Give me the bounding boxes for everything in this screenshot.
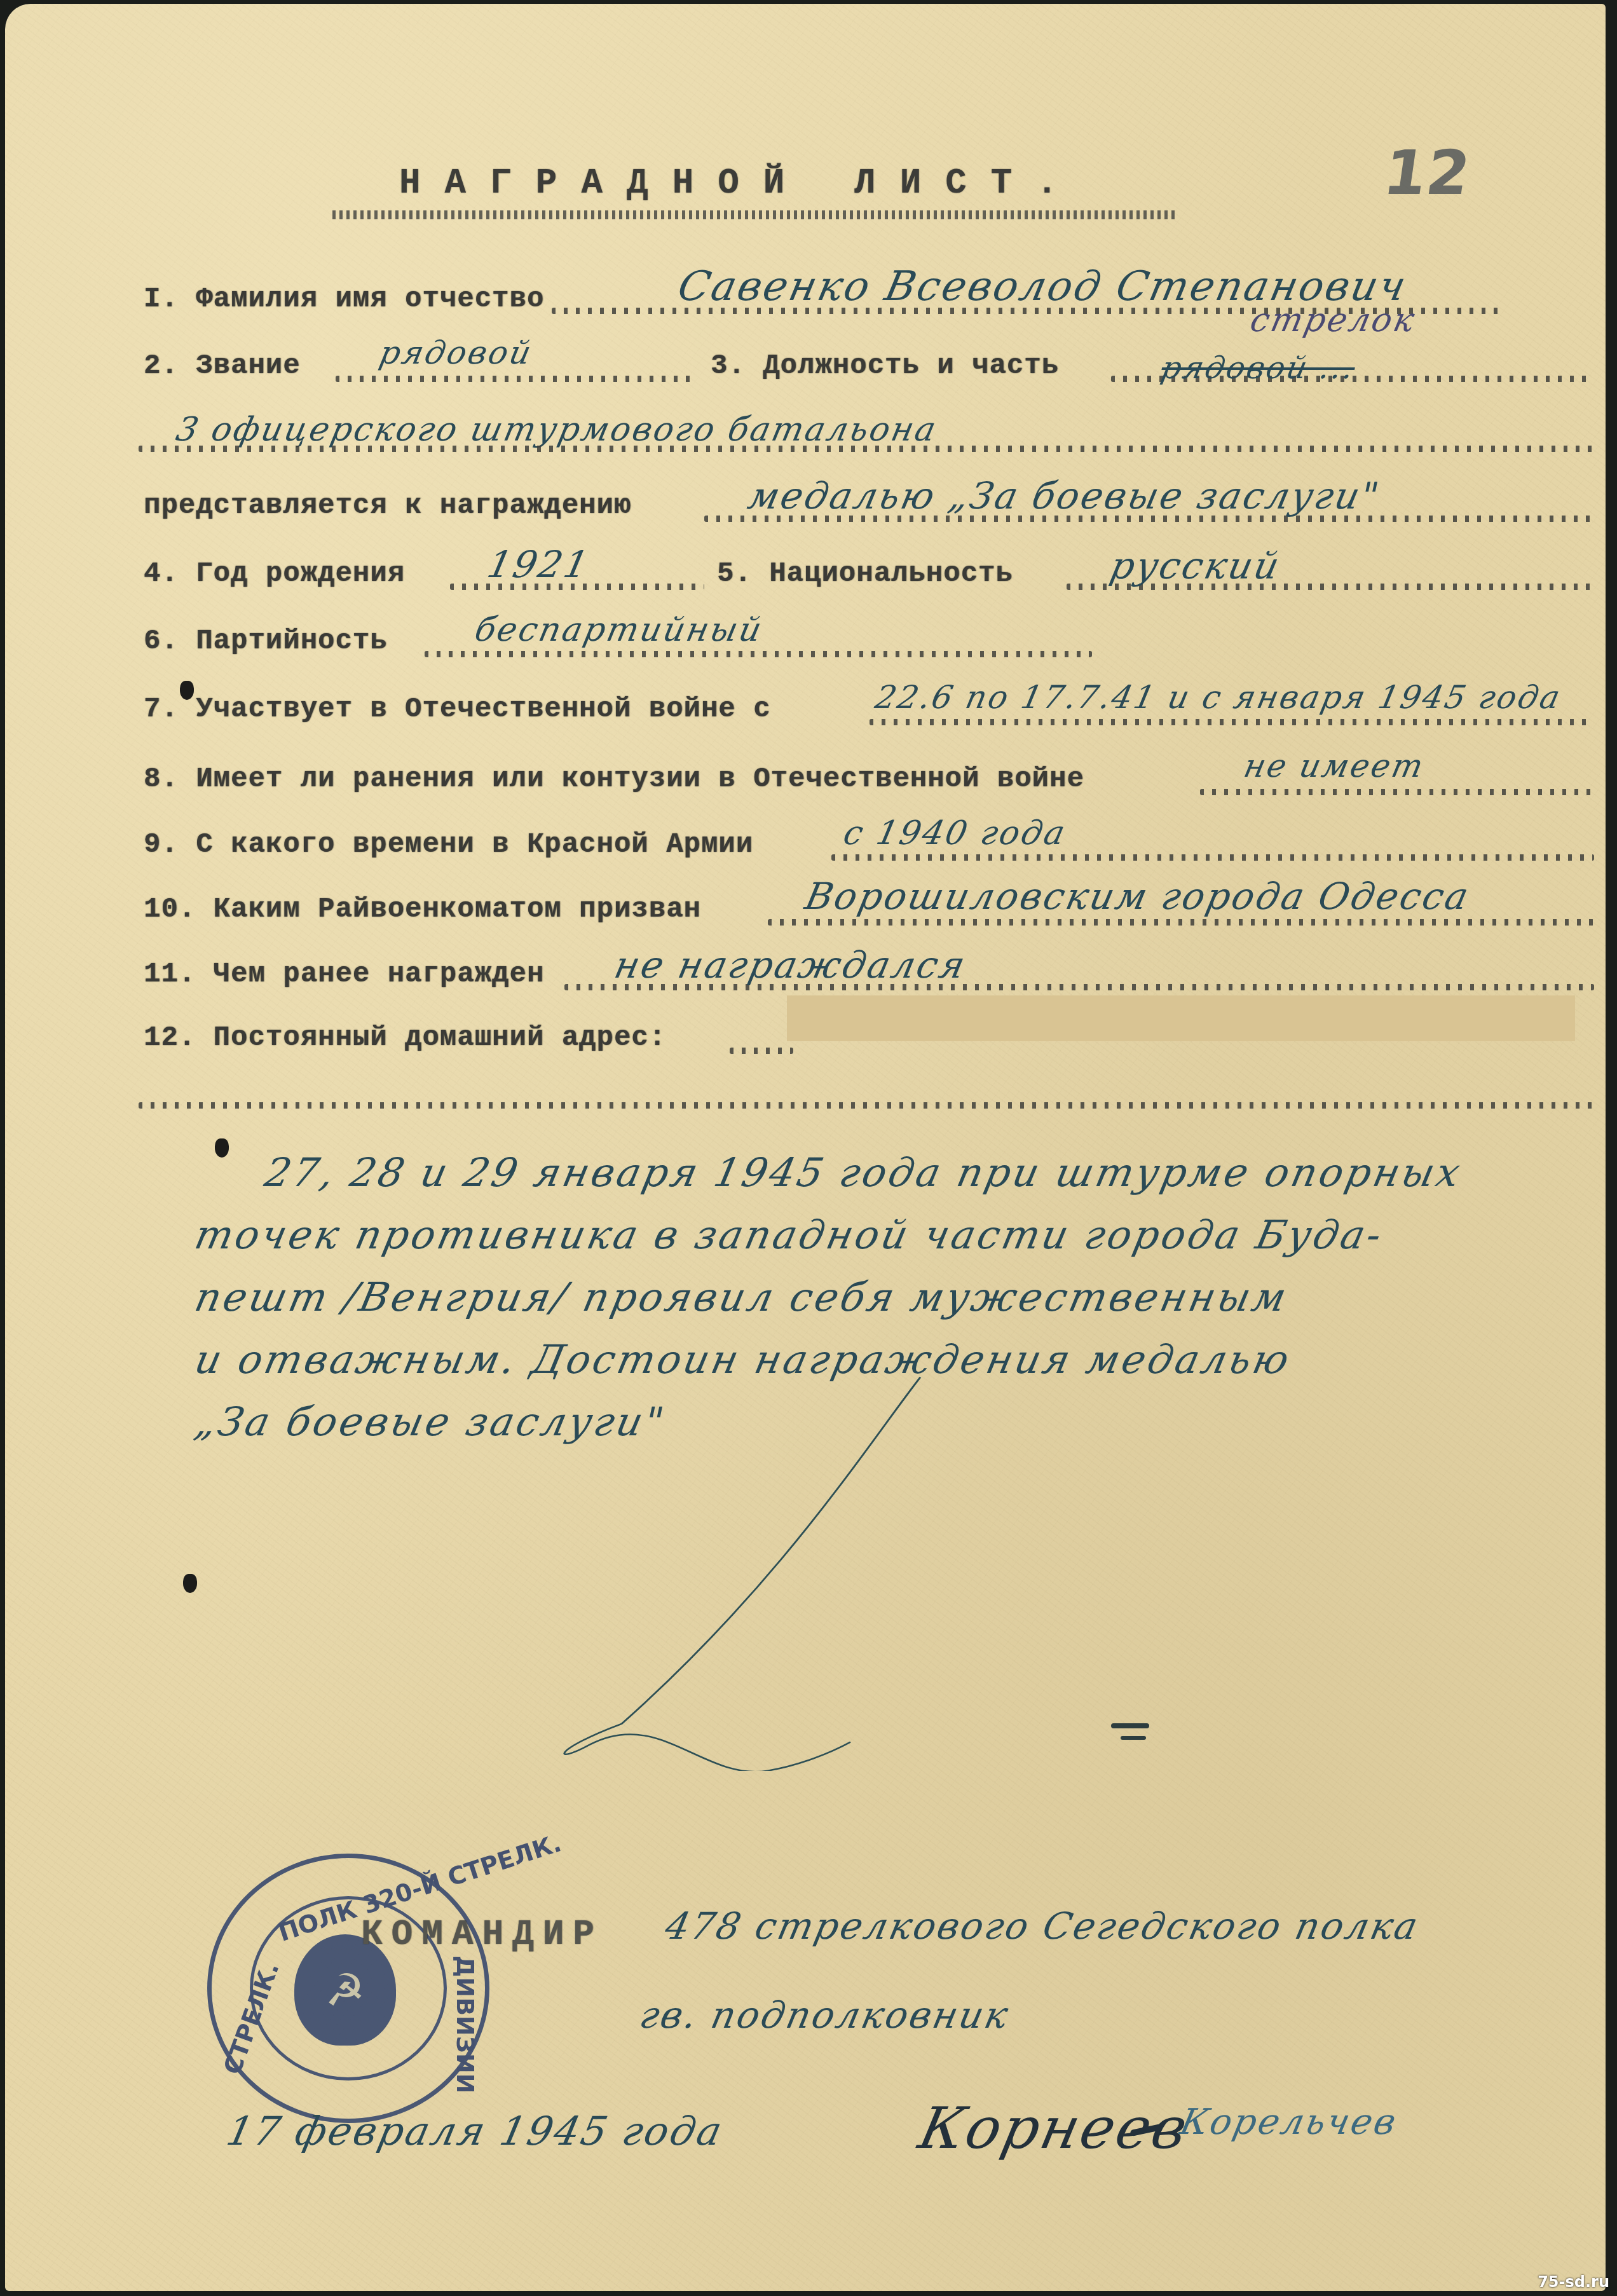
dotted-leader bbox=[139, 446, 1594, 452]
document-title: НАГРАДНОЙ ЛИСТ. bbox=[399, 163, 1082, 203]
document-date: 17 февраля 1945 года bbox=[222, 2108, 728, 2154]
field-value-birth-year: 1921 bbox=[484, 543, 594, 586]
stamp-text-right: ДИВИЗИИ bbox=[451, 1955, 479, 2093]
field-value-position: стрелок bbox=[1247, 301, 1420, 339]
field-value-position-struck: рядовой ... bbox=[1158, 350, 1359, 386]
field-label-previous-awards: 11. Чем ранее награжден bbox=[144, 959, 544, 990]
field-value-party: беспартийный bbox=[472, 611, 767, 649]
commander-label: КОМАНДИР bbox=[361, 1914, 603, 1955]
field-value-previous-awards: не награждался bbox=[611, 943, 971, 987]
ink-blot bbox=[183, 1574, 197, 1593]
commander-name-note: Корельчев bbox=[1177, 2101, 1402, 2143]
dotted-leader bbox=[336, 376, 698, 382]
field-label-home-address: 12. Постоянный домашний адрес: bbox=[144, 1022, 666, 1054]
citation-line: 27, 28 и 29 января 1945 года при штурме … bbox=[189, 1142, 1601, 1204]
field-label-birth-year: 4. Год рождения bbox=[144, 558, 405, 590]
field-value-award: медалью „За боевые заслуги" bbox=[744, 474, 1384, 517]
field-label-war-participation: 7. Участвует в Отечественной войне с bbox=[144, 694, 771, 725]
field-label-rank: 2. Звание bbox=[144, 350, 301, 382]
field-value-enlistment-office: Ворошиловским города Одесса bbox=[802, 875, 1474, 918]
field-value-nationality: русский bbox=[1107, 544, 1285, 587]
field-value-rank: рядовой bbox=[376, 334, 536, 371]
field-label-enlistment-office: 10. Каким Райвоенкоматом призван bbox=[144, 894, 701, 926]
redacted-address bbox=[787, 995, 1575, 1041]
closing-flourish bbox=[514, 1364, 959, 1771]
field-value-war-participation: 22.6 по 17.7.41 и с января 1945 года bbox=[872, 679, 1565, 716]
field-label-army-since: 9. С какого времени в Красной Армии bbox=[144, 829, 753, 861]
commander-rank: гв. подполковник bbox=[636, 1993, 1014, 2037]
commander-unit: 478 стрелкового Сегедского полка bbox=[662, 1904, 1424, 1948]
dash-mark bbox=[1111, 1723, 1149, 1728]
field-label-position: 3. Должность и часть bbox=[711, 350, 1059, 382]
dotted-leader bbox=[831, 854, 1594, 861]
ink-blot bbox=[180, 681, 194, 700]
field-value-wounds: не имеет bbox=[1241, 748, 1428, 784]
field-label-nationality: 5. Национальность bbox=[717, 558, 1013, 590]
dotted-leader bbox=[870, 719, 1594, 725]
dotted-leader bbox=[139, 1102, 1594, 1109]
dotted-leader bbox=[425, 651, 1092, 657]
dotted-leader bbox=[1200, 789, 1594, 795]
regiment-stamp: ☭ ПОЛК 320-Й СТРЕЛК. СТРЕЛК. ДИВИЗИИ bbox=[207, 1854, 489, 2123]
field-label-award: представляется к награждению bbox=[144, 490, 631, 522]
citation-line: точек противника в западной части города… bbox=[189, 1204, 1601, 1266]
dotted-leader bbox=[730, 1048, 793, 1054]
dotted-leader bbox=[768, 919, 1594, 926]
document-page: 12 НАГРАДНОЙ ЛИСТ. I. Фамилия имя отчест… bbox=[5, 4, 1606, 2291]
field-label-wounds: 8. Имеет ли ранения или контузии в Отече… bbox=[144, 763, 1084, 795]
field-label-name: I. Фамилия имя отчество bbox=[144, 284, 544, 315]
field-value-army-since: с 1940 года bbox=[840, 814, 1070, 852]
site-watermark: 75-sd.ru bbox=[1538, 2273, 1609, 2291]
title-underline bbox=[332, 210, 1178, 219]
field-value-unit: 3 офицерского штурмового батальона bbox=[173, 411, 941, 449]
sheet-number: 12 bbox=[1379, 137, 1474, 208]
dash-mark bbox=[1121, 1736, 1146, 1740]
field-label-party: 6. Партийность bbox=[144, 625, 388, 657]
citation-line: пешт /Венгрия/ проявил себя мужественным bbox=[189, 1266, 1601, 1329]
